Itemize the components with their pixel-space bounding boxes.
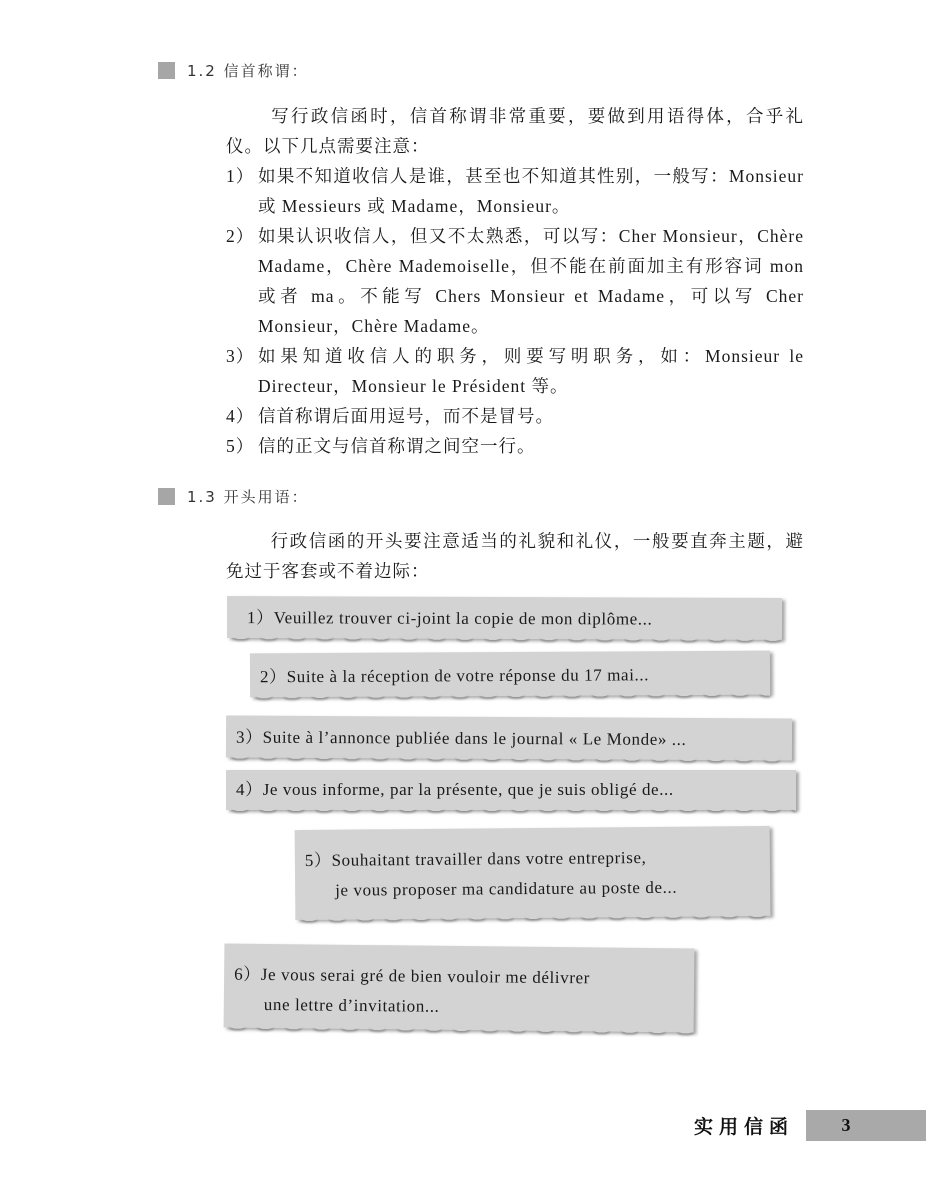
intro-paragraph: 写行政信函时，信首称谓非常重要，要做到用语得体，合乎礼仪。以下几点需要注意： bbox=[226, 101, 804, 161]
section-1-3-intro: 行政信函的开头要注意适当的礼貌和礼仪，一般要直奔主题，避免过于客套或不着边际： bbox=[226, 526, 804, 586]
list-item: 5）信的正文与信首称谓之间空一行。 bbox=[226, 431, 804, 461]
example-strip-4: 4）Je vous informe, par la présente, que … bbox=[226, 770, 796, 810]
section-heading-text: 1.2 信首称谓： bbox=[187, 60, 309, 81]
section-1-2-body: 写行政信函时，信首称谓非常重要，要做到用语得体，合乎礼仪。以下几点需要注意： 1… bbox=[226, 101, 804, 461]
example-strip-3: 3）Suite à l’annonce publiée dans le jour… bbox=[226, 716, 792, 761]
example-strip-6: 6）Je vous serai gré de bien vouloir me d… bbox=[224, 944, 695, 1033]
list-item: 3）如果知道收信人的职务，则要写明职务，如：Monsieur le Direct… bbox=[226, 341, 804, 401]
list-item: 4）信首称谓后面用逗号，而不是冒号。 bbox=[226, 401, 804, 431]
example-strip-2: 2）Suite à la réception de votre réponse … bbox=[250, 651, 770, 698]
example-strip-5: 5）Souhaitant travailler dans votre entre… bbox=[295, 826, 771, 920]
section-heading-1-2: 1.2 信首称谓： bbox=[158, 60, 309, 81]
gray-square-bullet-icon bbox=[158, 488, 175, 505]
section-heading-1-3: 1.3 开头用语： bbox=[158, 486, 309, 507]
gray-square-bullet-icon bbox=[158, 62, 175, 79]
page-number-box: 3 bbox=[806, 1110, 926, 1141]
page-number: 3 bbox=[842, 1115, 851, 1135]
section-heading-text: 1.3 开头用语： bbox=[187, 486, 309, 507]
list-item: 1）如果不知道收信人是谁，甚至也不知道其性别，一般写：Monsieur 或 Me… bbox=[226, 161, 804, 221]
footer-book-title: 实用信函 bbox=[694, 1112, 794, 1139]
example-strip-1: 1）Veuillez trouver ci-joint la copie de … bbox=[227, 596, 782, 640]
list-item: 2）如果认识收信人，但又不太熟悉，可以写：Cher Monsieur，Chère… bbox=[226, 221, 804, 341]
